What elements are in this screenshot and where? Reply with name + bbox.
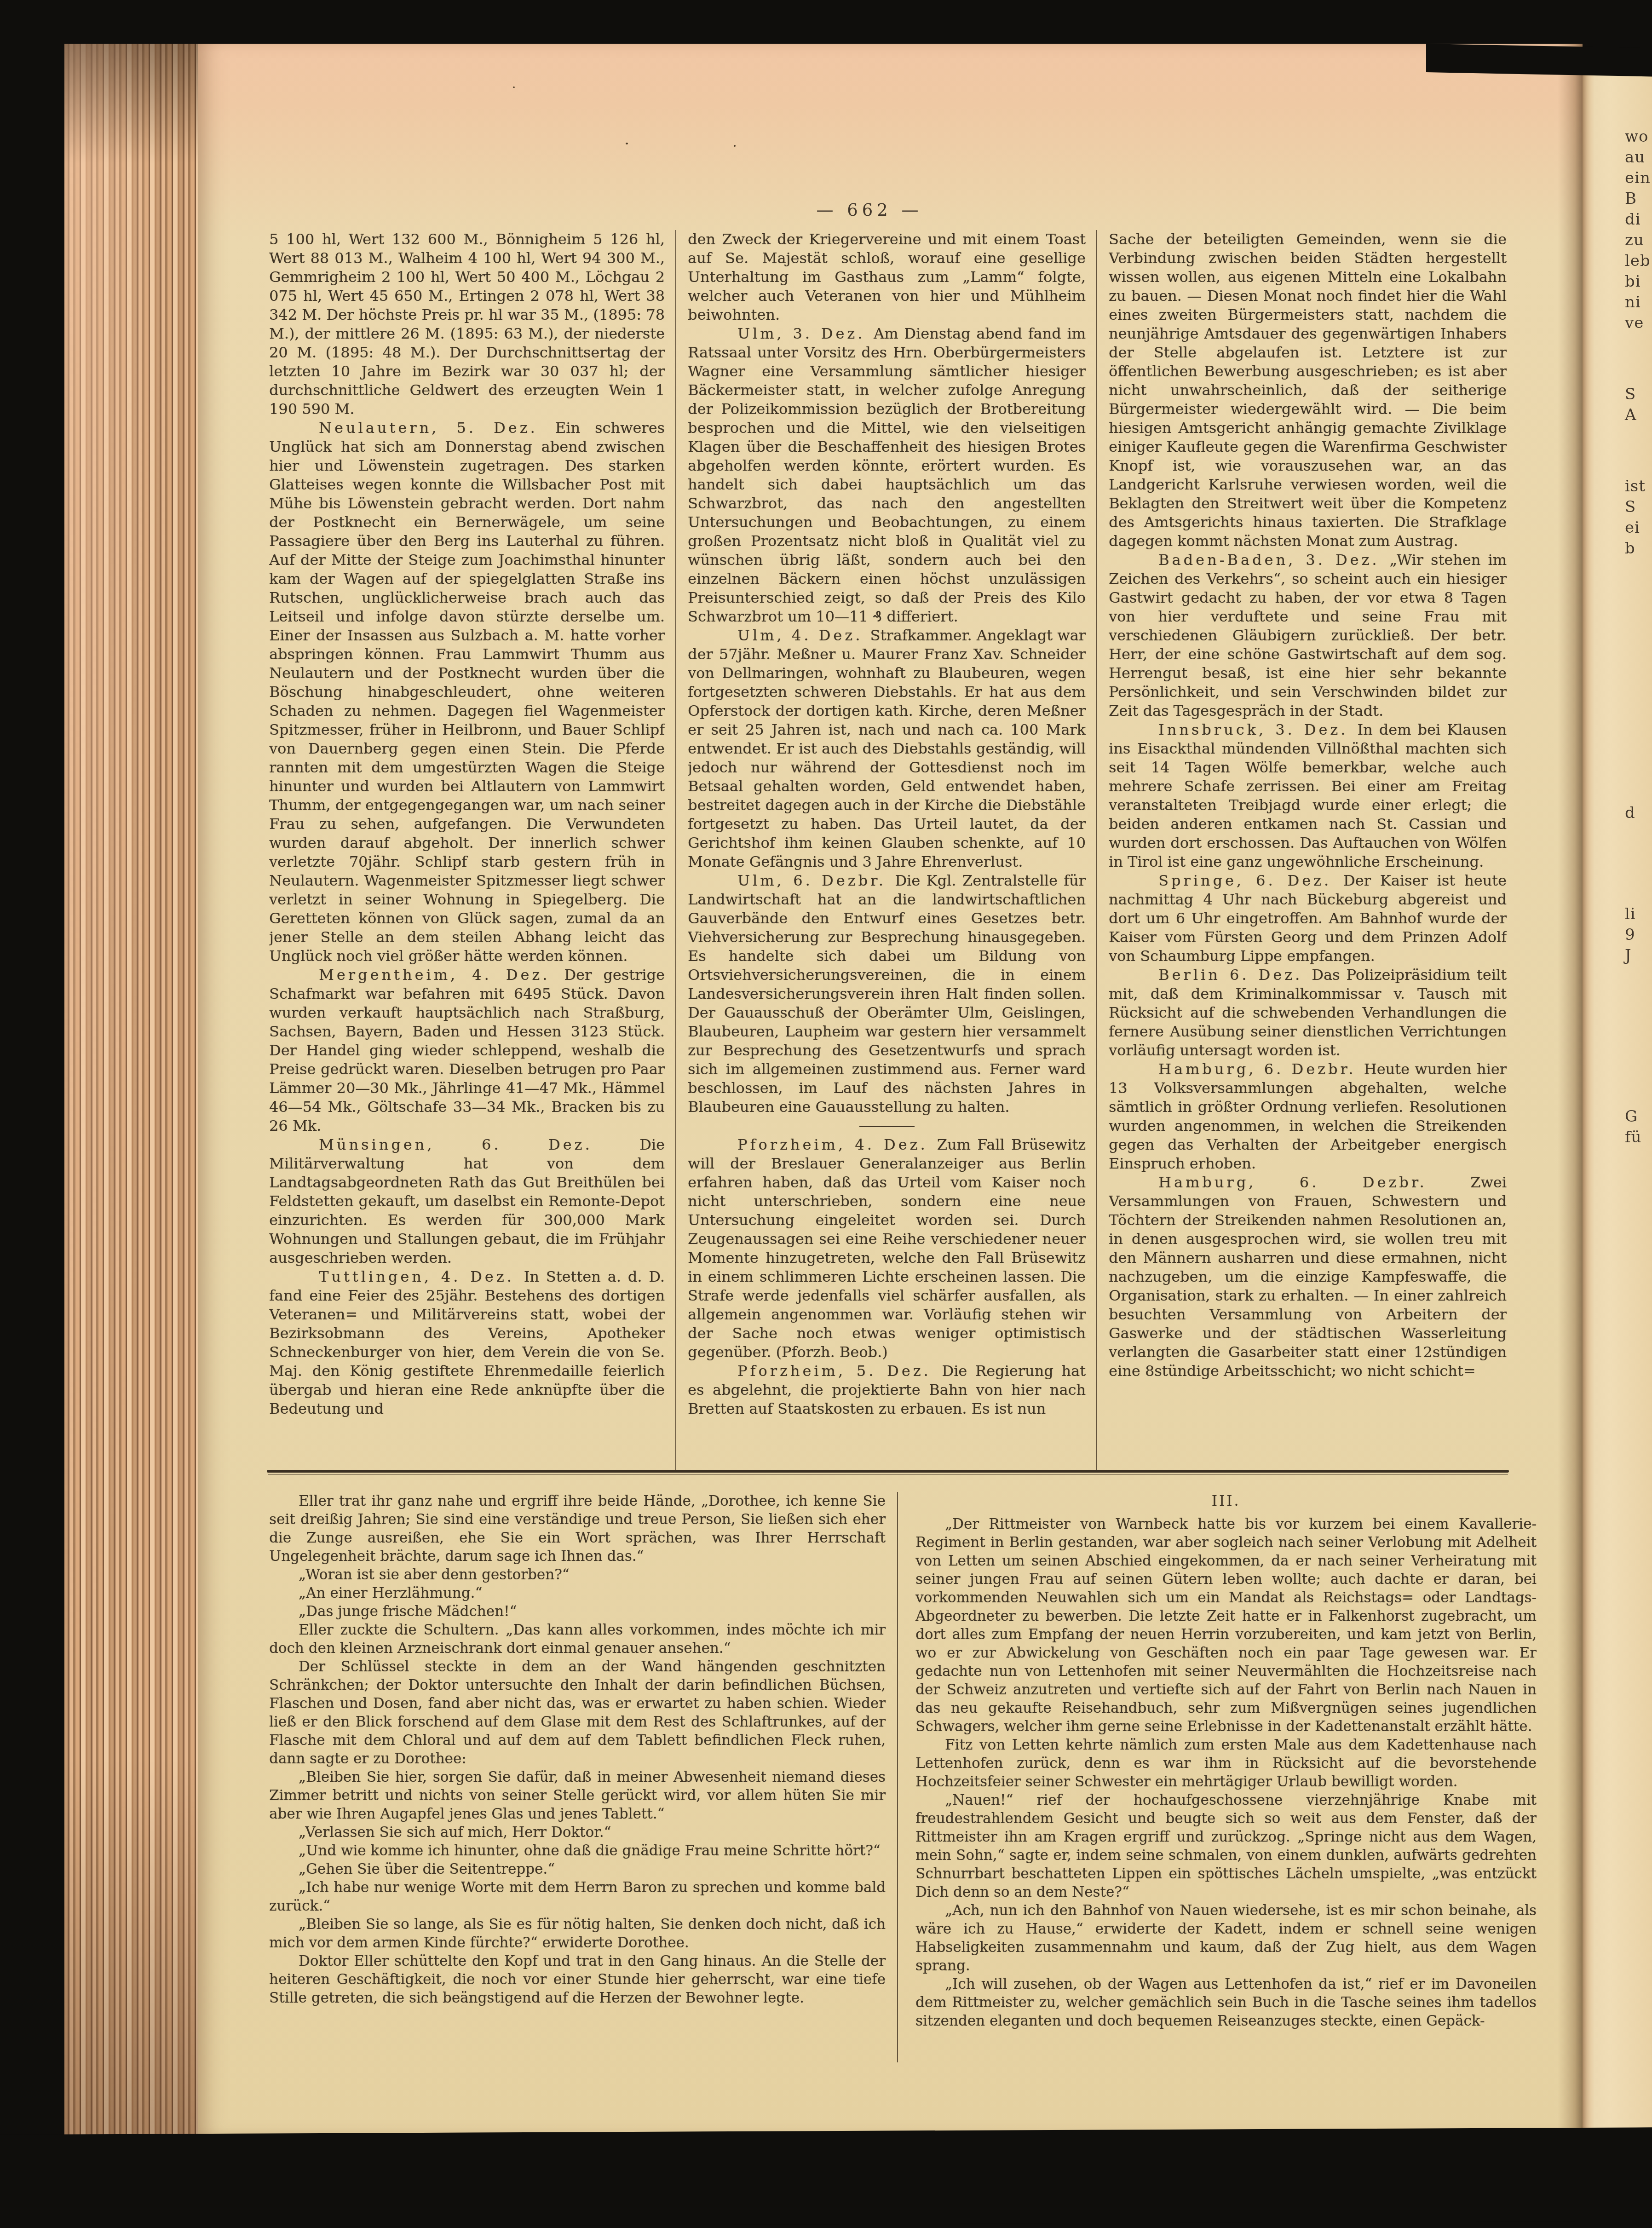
feuilleton-divider-rule xyxy=(267,1470,1509,1473)
news-paragraph: Ulm, 6. Dezbr. Die Kgl. Zentralstelle fü… xyxy=(688,871,1086,1117)
feuilleton-paragraph: „Gehen Sie über die Seitentreppe.“ xyxy=(269,1860,886,1878)
edge-text-fragment: b xyxy=(1625,539,1635,558)
scan-border-left xyxy=(0,0,64,2228)
news-paragraph: Hamburg, 6. Dezbr. Zwei Versammlungen vo… xyxy=(1109,1173,1507,1381)
scan-border-top xyxy=(0,0,1652,44)
dateline: Münsingen, 6. Dez. xyxy=(319,1136,639,1153)
dateline: Innsbruck, 3. Dez. xyxy=(1158,721,1357,738)
feuilleton-paragraph: Doktor Eller schüttelte den Kopf und tra… xyxy=(269,1952,886,2007)
dateline: Ulm, 4. Dez. xyxy=(737,627,870,644)
book-page-edges xyxy=(64,44,198,2135)
dateline: Ulm, 3. Dez. xyxy=(737,325,874,342)
news-column-3: Sache der beteiligten Gemeinden, wenn si… xyxy=(1109,230,1507,1470)
feuilleton-paragraph: „An einer Herzlähmung.“ xyxy=(269,1584,886,1602)
section-separator xyxy=(859,1126,915,1127)
news-paragraph: Baden-Baden, 3. Dez. „Wir stehen im Zeic… xyxy=(1109,551,1507,720)
edge-text-fragment: G xyxy=(1625,1107,1638,1126)
news-paragraph: Neulautern, 5. Dez. Ein schweres Unglück… xyxy=(269,419,665,966)
dateline: Hamburg, 6. Dezbr. xyxy=(1158,1174,1470,1191)
feuilleton-paragraph: „Und wie komme ich hinunter, ohne daß di… xyxy=(269,1842,886,1860)
feuilleton-paragraph: Eller trat ihr ganz nahe und ergriff ihr… xyxy=(269,1492,886,1566)
news-section: 5 100 hl, Wert 132 600 M., Bönnigheim 5 … xyxy=(269,230,1507,1470)
dateline: Tuttlingen, 4. Dez. xyxy=(319,1268,524,1285)
dateline: Springe, 6. Dez. xyxy=(1158,872,1343,889)
edge-text-fragment: S xyxy=(1625,498,1636,516)
chapter-heading: III. xyxy=(915,1492,1537,1510)
dust-speck xyxy=(513,86,515,88)
feuilleton-paragraph: „Ich will zusehen, ob der Wagen aus Lett… xyxy=(915,1975,1537,2030)
edge-text-fragment: bi xyxy=(1625,272,1641,291)
feuilleton-paragraph: „Bleiben Sie hier, sorgen Sie dafür, daß… xyxy=(269,1768,886,1823)
feuilleton-column-left: Eller trat ihr ganz nahe und ergriff ihr… xyxy=(269,1492,886,2067)
scan-border-bottom xyxy=(0,2127,1652,2228)
edge-text-fragment: au xyxy=(1625,148,1645,167)
newspaper-page: — 662 — 5 100 hl, Wert 132 600 M., Bönni… xyxy=(198,44,1583,2135)
dateline: Hamburg, 6. Dezbr. xyxy=(1158,1060,1364,1078)
page-number: — 662 — xyxy=(754,200,984,220)
feuilleton-paragraph: „Ich habe nur wenige Worte mit dem Herrn… xyxy=(269,1878,886,1915)
news-paragraph: Münsingen, 6. Dez. Die Militärverwaltung… xyxy=(269,1135,665,1267)
news-paragraph: Tuttlingen, 4. Dez. In Stetten a. d. D. … xyxy=(269,1267,665,1418)
news-paragraph: Mergentheim, 4. Dez. Der gestrige Schafm… xyxy=(269,966,665,1135)
edge-text-fragment: wo xyxy=(1625,127,1649,146)
edge-text-fragment: d xyxy=(1625,804,1635,822)
feuilleton-column-divider xyxy=(897,1492,898,2062)
edge-text-fragment: A xyxy=(1625,406,1637,424)
feuilleton-paragraph: „Der Rittmeister von Warnbeck hatte bis … xyxy=(915,1515,1537,1736)
feuilleton-paragraph: „Ach, nun ich den Bahnhof von Nauen wied… xyxy=(915,1901,1537,1975)
edge-text-fragment: di xyxy=(1625,210,1641,229)
feuilleton-paragraph: „Nauen!“ rief der hochaufgeschossene vie… xyxy=(915,1791,1537,1901)
news-paragraph: Ulm, 4. Dez. Strafkammer. Angeklagt war … xyxy=(688,626,1086,871)
news-paragraph: den Zweck der Kriegervereine und mit ein… xyxy=(688,230,1086,324)
scanned-newspaper-screenshot: { "page": { "number": "662", "number_dis… xyxy=(0,0,1652,2228)
news-paragraph: Sache der beteiligten Gemeinden, wenn si… xyxy=(1109,230,1507,551)
feuilleton-paragraph: Eller zuckte die Schultern. „Das kann al… xyxy=(269,1621,886,1658)
news-paragraph: Pforzheim, 4. Dez. Zum Fall Brüsewitz wi… xyxy=(688,1135,1086,1362)
column-divider xyxy=(675,230,676,1470)
edge-text-fragment: 9 xyxy=(1625,926,1635,944)
dateline: Mergentheim, 4. Dez. xyxy=(319,966,564,984)
edge-text-fragment: S xyxy=(1625,385,1636,403)
page-fold-shadow xyxy=(1558,44,1583,2135)
edge-text-fragment: li xyxy=(1625,905,1636,923)
edge-text-fragment: ist xyxy=(1625,477,1646,495)
edge-text-fragment: zu xyxy=(1625,231,1644,249)
dateline: Neulautern, 5. Dez. xyxy=(319,419,555,437)
dateline: Ulm, 6. Dezbr. xyxy=(737,872,895,889)
news-paragraph: 5 100 hl, Wert 132 600 M., Bönnigheim 5 … xyxy=(269,230,665,419)
edge-text-fragment: ein xyxy=(1625,169,1651,187)
edge-text-fragment: J xyxy=(1625,946,1632,965)
feuilleton-paragraph: „Das junge frische Mädchen!“ xyxy=(269,1602,886,1621)
dateline: Baden-Baden, 3. Dez. xyxy=(1158,551,1390,569)
feuilleton-paragraph: „Verlassen Sie sich auf mich, Herr Dokto… xyxy=(269,1823,886,1842)
edge-text-fragment: fü xyxy=(1625,1128,1641,1146)
news-paragraph: Pforzheim, 5. Dez. Die Regierung hat es … xyxy=(688,1362,1086,1418)
dust-speck xyxy=(734,145,736,147)
dateline: Pforzheim, 4. Dez. xyxy=(737,1136,937,1153)
edge-text-fragment: B xyxy=(1625,190,1637,208)
dust-speck xyxy=(626,143,628,144)
feuilleton-paragraph: „Bleiben Sie so lange, als Sie es für nö… xyxy=(269,1915,886,1952)
news-paragraph: Springe, 6. Dez. Der Kaiser ist heute na… xyxy=(1109,871,1507,966)
feuilleton-paragraph: „Woran ist sie aber denn gestorben?“ xyxy=(269,1566,886,1584)
feuilleton-paragraph: Fitz von Letten kehrte nämlich zum erste… xyxy=(915,1736,1537,1791)
edge-text-fragment: ni xyxy=(1625,293,1641,311)
feuilleton-section: Eller trat ihr ganz nahe und ergriff ihr… xyxy=(269,1492,1537,2067)
column-divider xyxy=(1096,230,1097,1470)
scan-border-top-right xyxy=(1426,44,1652,76)
feuilleton-paragraph: Der Schlüssel steckte in dem an der Wand… xyxy=(269,1658,886,1768)
feuilleton-column-right: III. „Der Rittmeister von Warnbeck hatte… xyxy=(915,1492,1537,2067)
news-paragraph: Hamburg, 6. Dezbr. Heute wurden hier 13 … xyxy=(1109,1060,1507,1173)
adjacent-page-edge: woaueinBdizulebbiniveSAistSeibdli9JGfü xyxy=(1583,72,1652,2135)
news-paragraph: Berlin 6. Dez. Das Polizeipräsidium teil… xyxy=(1109,966,1507,1060)
dateline: Berlin 6. Dez. xyxy=(1158,966,1312,984)
news-paragraph: Ulm, 3. Dez. Am Dienstag abend fand im R… xyxy=(688,324,1086,626)
news-column-1: 5 100 hl, Wert 132 600 M., Bönnigheim 5 … xyxy=(269,230,665,1470)
news-paragraph: Innsbruck, 3. Dez. In dem bei Klausen in… xyxy=(1109,720,1507,871)
dateline: Pforzheim, 5. Dez. xyxy=(737,1362,942,1380)
news-column-2: den Zweck der Kriegervereine und mit ein… xyxy=(688,230,1086,1470)
edge-text-fragment: leb xyxy=(1625,252,1651,270)
edge-text-fragment: ve xyxy=(1625,314,1644,332)
edge-text-fragment: ei xyxy=(1625,518,1640,537)
